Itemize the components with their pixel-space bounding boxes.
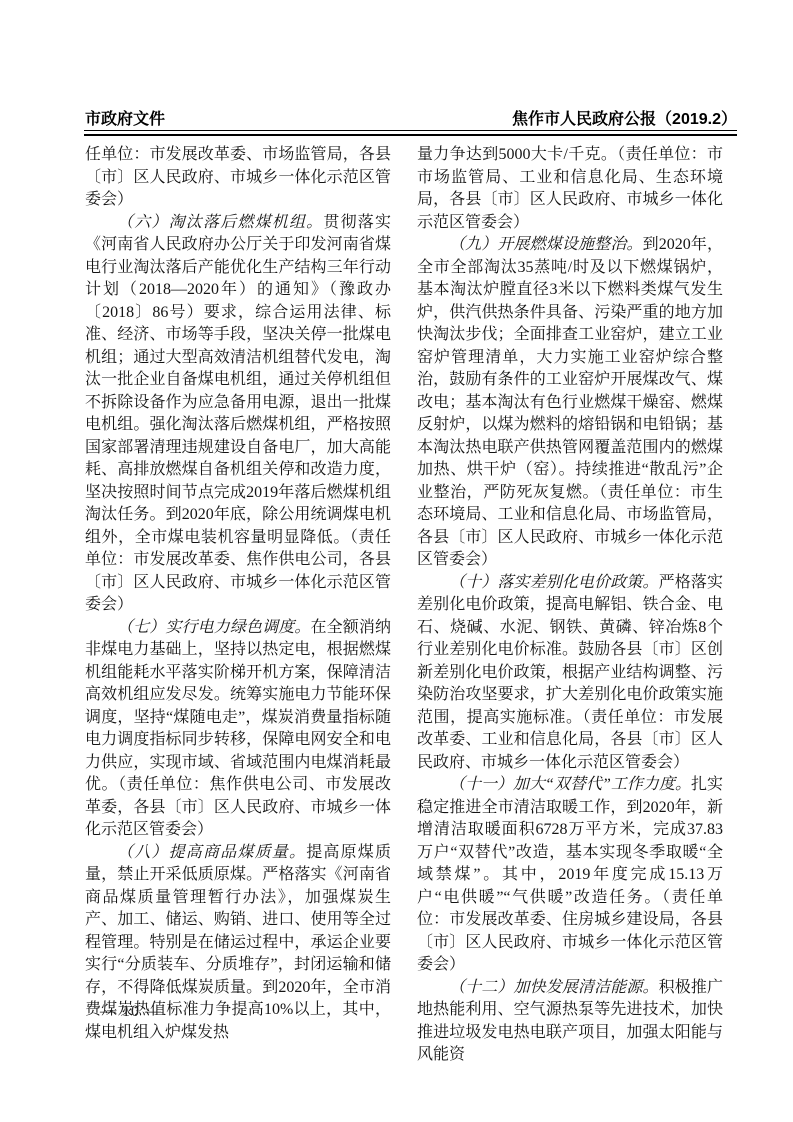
paragraph-text: 扎实稳定推进全市清洁取暖工作，到2020年，新增清洁取暖面积6728万平方米，完… — [417, 776, 723, 973]
paragraph-text: 贯彻落实《河南省人民政府办公厅关于印发河南省煤电行业淘汰落后产能优化生产结构三年… — [85, 214, 391, 614]
page-header: 市政府文件 焦作市人民政府公报（2019.2） — [85, 106, 737, 129]
paragraph-text: 在全额消纳非煤电力基础上，坚持以热定电，根据燃煤机组能耗水平落实阶梯开机方案，保… — [85, 619, 391, 839]
paragraph-lead: （八）提高商品煤质量。 — [117, 844, 306, 861]
paragraph-text: 到2020年，全市全部淘汰35蒸吨/时及以下燃煤锅炉，基本淘汰炉膛直径3米以下燃… — [417, 236, 723, 568]
paragraph-continuation: 任单位：市发展改革委、市场监管局，各县〔市〕区人民政府、市城乡一体化示范区管委会… — [85, 144, 391, 212]
paragraph-text: 量力争达到5000大卡/千克。（责任单位：市市场监管局、工业和信息化局、生态环境… — [417, 146, 723, 231]
header-gazette-title: 焦作市人民政府公报（2019.2） — [512, 106, 737, 129]
right-column: 量力争达到5000大卡/千克。（责任单位：市市场监管局、工业和信息化局、生态环境… — [417, 144, 723, 1067]
paragraph-item-11: （十一）加大“双替代”工作力度。扎实稳定推进全市清洁取暖工作，到2020年，新增… — [417, 774, 723, 977]
paragraph-continuation: 量力争达到5000大卡/千克。（责任单位：市市场监管局、工业和信息化局、生态环境… — [417, 144, 723, 234]
paragraph-lead: （九）开展燃煤设施整治。 — [449, 236, 643, 253]
paragraph-lead: （十一）加大“双替代”工作力度。 — [449, 776, 691, 793]
paragraph-text: 严格落实差别化电价政策，提高电解铝、铁合金、电石、烧碱、水泥、钢铁、黄磷、锌冶炼… — [417, 574, 723, 771]
header-rule — [84, 130, 737, 136]
paragraph-lead: （六）淘汰落后燃煤机组。 — [117, 214, 323, 231]
paragraph-text: 任单位：市发展改革委、市场监管局，各县〔市〕区人民政府、市城乡一体化示范区管委会… — [85, 146, 391, 208]
body-columns: 任单位：市发展改革委、市场监管局，各县〔市〕区人民政府、市城乡一体化示范区管委会… — [85, 144, 722, 1067]
paragraph-item-6: （六）淘汰落后燃煤机组。贯彻落实《河南省人民政府办公厅关于印发河南省煤电行业淘汰… — [85, 212, 391, 617]
paragraph-item-10: （十）落实差别化电价政策。严格落实差别化电价政策，提高电解铝、铁合金、电石、烧碱… — [417, 572, 723, 775]
paragraph-lead: （十二）加快发展清洁能源。 — [449, 979, 659, 996]
paragraph-item-7: （七）实行电力绿色调度。在全额消纳非煤电力基础上，坚持以热定电，根据燃煤机组能耗… — [85, 617, 391, 842]
header-section-title: 市政府文件 — [85, 106, 165, 129]
left-column: 任单位：市发展改革委、市场监管局，各县〔市〕区人民政府、市城乡一体化示范区管委会… — [85, 144, 391, 1067]
paragraph-item-9: （九）开展燃煤设施整治。到2020年，全市全部淘汰35蒸吨/时及以下燃煤锅炉，基… — [417, 234, 723, 572]
paragraph-lead: （七）实行电力绿色调度。 — [117, 619, 310, 636]
header-rule-thin-line — [84, 130, 737, 131]
header-rule-thick-line — [84, 134, 737, 136]
page-number: — 10 — — [100, 1003, 162, 1021]
paragraph-lead: （十）落实差别化电价政策。 — [449, 574, 659, 591]
paragraph-item-12: （十二）加快发展清洁能源。积极推广地热能利用、空气源热泵等先进技术，加快推进垃圾… — [417, 977, 723, 1067]
gazette-page: 市政府文件 焦作市人民政府公报（2019.2） 任单位：市发展改革委、市场监管局… — [0, 0, 793, 1122]
